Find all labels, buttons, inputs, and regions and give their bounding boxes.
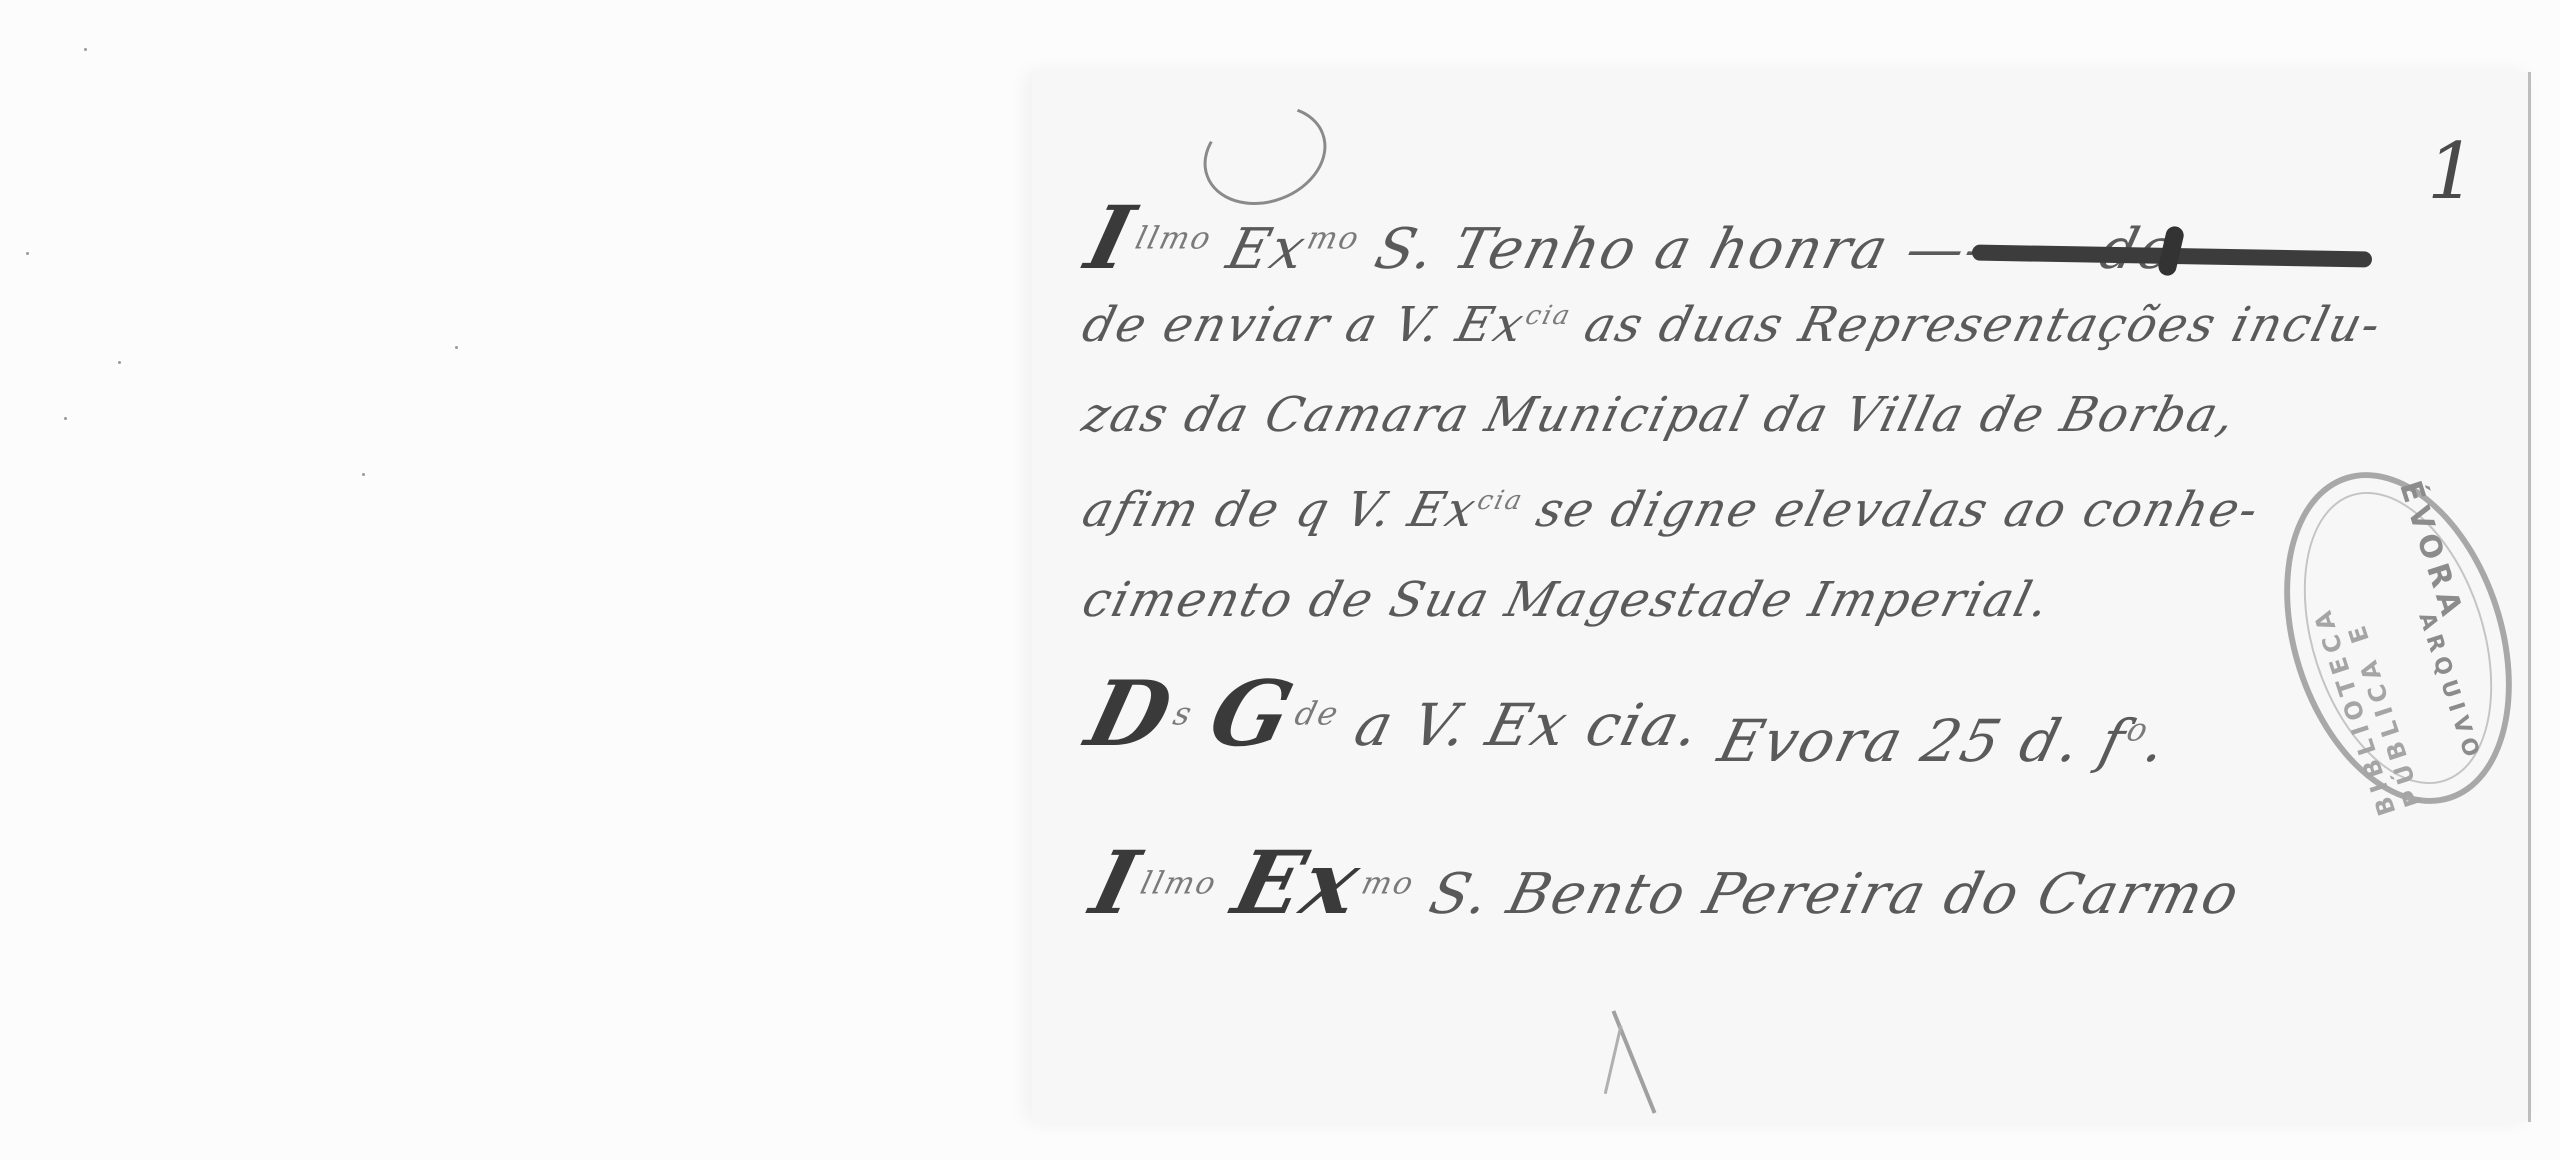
line-capital: I: [1077, 187, 1145, 289]
dust-speck: [26, 252, 29, 255]
pencil-mark: [1612, 1010, 1657, 1113]
line-capital: Ex: [1224, 832, 1371, 934]
handwritten-line-1: Illmo Exmo S. Tenho a honra ——— de: [1077, 187, 2190, 289]
dust-speck: [84, 48, 87, 51]
handwritten-line-4: afim de q V. Excia se digne elevalas ao …: [1077, 482, 2265, 538]
handwritten-line-3: zas da Camara Municipal da Villa de Borb…: [1077, 387, 2243, 443]
line-text: se digne elevalas ao conhe-: [1514, 482, 2266, 538]
scan-background: 1 Illmo Exmo S. Tenho a honra ——— de de …: [0, 0, 2560, 1160]
line-superscript: cia: [1522, 300, 1575, 331]
line-text: cimento de Sua Magestade Imperial.: [1077, 572, 2057, 628]
line-text: S. Bento Pereira do Carmo: [1423, 862, 2247, 927]
line-superscript: s: [1170, 695, 1198, 733]
line-superscript: llmo: [1132, 220, 1216, 256]
line-superscript: mo: [1303, 220, 1364, 256]
line-capital: D: [1077, 662, 1183, 767]
line-text: a V. Ex cia.: [1348, 691, 1708, 759]
dust-speck: [455, 346, 458, 349]
line-text: zas da Camara Municipal da Villa de Borb…: [1077, 387, 2243, 443]
line-text: afim de q V. Ex: [1077, 482, 1483, 538]
letter-page: 1 Illmo Exmo S. Tenho a honra ——— de de …: [1032, 72, 2531, 1122]
line-capital: I: [1082, 832, 1150, 934]
dust-speck: [118, 361, 121, 364]
page-number: 1: [2427, 127, 2477, 217]
dust-speck: [64, 417, 67, 420]
archive-stamp: BIBLIOTECA PÚBLICA E ÉVORA ARQUIVO: [2244, 443, 2551, 834]
line-superscript: mo: [1358, 865, 1419, 901]
line-text: Evora 25 d. f: [1712, 707, 2133, 775]
line-text: as duas Representações inclu-: [1562, 297, 2388, 353]
line-superscript: de: [1291, 695, 1344, 733]
handwritten-addressee: Illmo Exmo S. Bento Pereira do Carmo: [1082, 832, 2254, 934]
line-superscript: llmo: [1137, 865, 1221, 901]
line-superscript: cia: [1474, 485, 1527, 516]
line-text: de enviar a V. Ex: [1077, 297, 1531, 353]
handwritten-closing: Ds Gde a V. Ex cia.: [1077, 662, 1716, 767]
handwritten-line-5: cimento de Sua Magestade Imperial.: [1077, 572, 2057, 628]
handwritten-line-2: de enviar a V. Excia as duas Representaç…: [1077, 297, 2388, 353]
line-capital: G: [1200, 662, 1305, 767]
handwritten-date: Evora 25 d. fo.: [1712, 707, 2175, 775]
line-text: Ex: [1221, 217, 1314, 282]
dust-speck: [362, 473, 365, 476]
